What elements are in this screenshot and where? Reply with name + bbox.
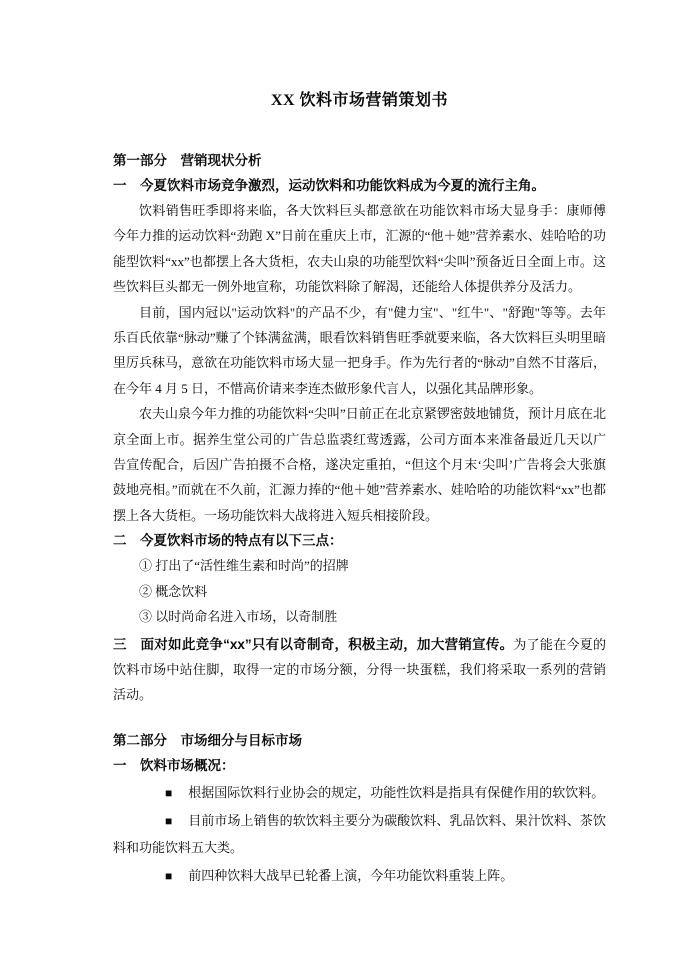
part1-section1-paragraph-1: 饮料销售旺季即将来临，各大饮料巨头都意欲在功能饮料市场大显身手：康师傅今年力推的… (113, 198, 606, 300)
part1-section2-heading: 二 今夏饮料市场的特点有以下三点： (113, 528, 606, 553)
bullet-item-3: ■前四种饮料大战早已轮番上演，今年功能饮料重装上阵。 (113, 863, 606, 890)
part2-heading: 第二部分 市场细分与目标市场 (113, 728, 606, 753)
part1-heading: 第一部分 营销现状分析 (113, 148, 606, 173)
part1-section3-paragraph: 三 面对如此竞争“xx”只有以奇制奇，积极主动，加大营销宣传。为了能在今夏的饮料… (113, 632, 606, 708)
bullet-item-2-text: 目前市场上销售的软饮料主要分为碳酸饮料、乳品饮料、果汁饮料、茶饮料和功能饮料五大… (113, 813, 606, 855)
part2-block: 第二部分 市场细分与目标市场 一 饮料市场概况： ■根据国际饮料行业协会的规定，… (113, 728, 606, 890)
document-page: XX 饮料市场营销策划书 第一部分 营销现状分析 一 今夏饮料市场竞争激烈，运动… (0, 0, 690, 976)
bullet-item-2: ■目前市场上销售的软饮料主要分为碳酸饮料、乳品饮料、果汁饮料、茶饮料和功能饮料五… (113, 808, 606, 861)
bullet-item-3-text: 前四种饮料大战早已轮番上演，今年功能饮料重装上阵。 (188, 868, 513, 883)
square-bullet-icon: ■ (139, 780, 172, 807)
market-features-list: ① 打出了“活性维生素和时尚”的招牌 ② 概念饮料 ③ 以时尚命名进入市场，以奇… (113, 553, 606, 629)
part2-section1-heading: 一 饮料市场概况： (113, 753, 606, 778)
square-bullet-icon: ■ (139, 808, 172, 835)
numbered-item-2: ② 概念饮料 (113, 579, 606, 604)
part1-section1-paragraph-3: 农夫山泉今年力推的功能饮料“尖叫”日前正在北京紧锣密鼓地铺货，预计月底在北京全面… (113, 401, 606, 528)
numbered-item-1: ① 打出了“活性维生素和时尚”的招牌 (113, 553, 606, 578)
bullet-item-1-text: 根据国际饮料行业协会的规定，功能性饮料是指具有保健作用的软饮料。 (188, 785, 604, 800)
numbered-item-3: ③ 以时尚命名进入市场，以奇制胜 (113, 604, 606, 629)
part1-section1-heading: 一 今夏饮料市场竞争激烈，运动饮料和功能饮料成为今夏的流行主角。 (113, 173, 606, 198)
part1-section1-paragraph-2: 目前，国内冠以"运动饮料"的产品不少，有"健力宝"、"红牛"、"舒跑"等等。去年… (113, 300, 606, 402)
document-title: XX 饮料市场营销策划书 (113, 88, 606, 113)
part1-section3-heading: 三 面对如此竞争“xx”只有以奇制奇，积极主动，加大营销宣传。 (113, 637, 513, 652)
square-bullet-icon: ■ (139, 863, 172, 890)
document-content: XX 饮料市场营销策划书 第一部分 营销现状分析 一 今夏饮料市场竞争激烈，运动… (0, 0, 690, 890)
bullet-item-1: ■根据国际饮料行业协会的规定，功能性饮料是指具有保健作用的软饮料。 (113, 780, 606, 807)
